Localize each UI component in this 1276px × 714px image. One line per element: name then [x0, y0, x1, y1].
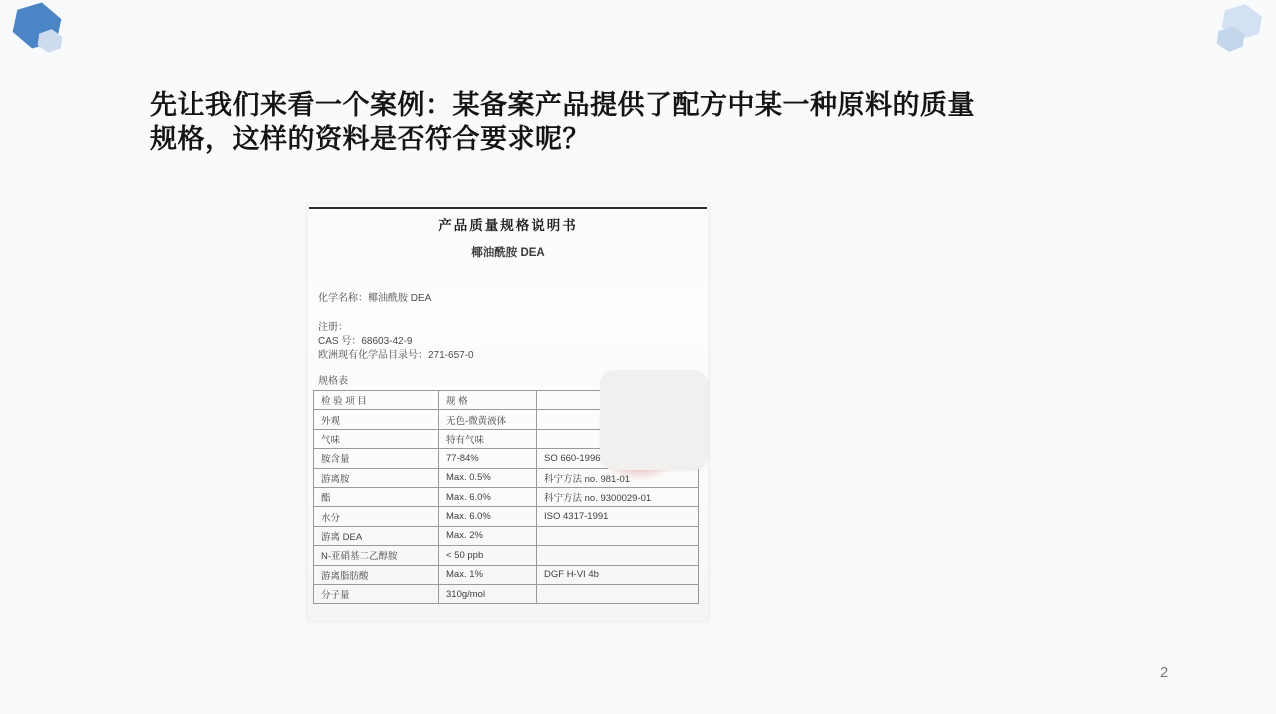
- cell-item: N-亚硝基二乙醇胺: [314, 546, 439, 565]
- document-top-rule: [309, 207, 707, 209]
- cell-item: 胺含量: [314, 449, 439, 468]
- cell-method: 科宁方法 no. 9300029-01: [537, 487, 699, 506]
- table-row: 酯 Max. 6.0% 科宁方法 no. 9300029-01: [314, 487, 699, 506]
- table-row: 水分 Max. 6.0% ISO 4317-1991: [314, 507, 699, 526]
- slide-title: 先让我们来看一个案例：某备案产品提供了配方中某一种原料的质量 规格，这样的资料是…: [150, 88, 1110, 156]
- cell-method: [537, 526, 699, 545]
- page-number: 2: [1160, 664, 1168, 681]
- column-header-test-item: 检 验 项 目: [314, 391, 439, 410]
- white-cover-overlay: [600, 370, 708, 470]
- cell-spec: 310g/mol: [439, 584, 537, 603]
- cell-spec: Max. 6.0%: [439, 487, 537, 506]
- slide-title-line-1: 先让我们来看一个案例：某备案产品提供了配方中某一种原料的质量: [150, 90, 975, 120]
- chemical-name-line: 化学名称：椰油酰胺 DEA: [318, 289, 431, 304]
- registration-label: 注册：: [318, 318, 348, 333]
- product-name: 椰油酰胺 DEA: [308, 244, 708, 260]
- cell-method: [537, 584, 699, 603]
- cell-spec: Max. 2%: [439, 526, 537, 545]
- document-title: 产品质量规格说明书: [308, 214, 708, 234]
- scanned-spec-document: 产品质量规格说明书 椰油酰胺 DEA 化学名称：椰油酰胺 DEA 注册： CAS…: [308, 204, 708, 621]
- cell-item: 酯: [314, 487, 439, 506]
- cell-spec: Max. 6.0%: [439, 507, 537, 526]
- cell-spec: 无色-微黄液体: [439, 410, 537, 429]
- einecs-number-line: 欧洲现有化学品目录号：271-657-0: [318, 346, 474, 361]
- cell-method: ISO 4317-1991: [537, 507, 699, 526]
- cell-method: DGF H-VI 4b: [537, 565, 699, 584]
- cell-spec: Max. 0.5%: [439, 468, 537, 487]
- cell-spec: Max. 1%: [439, 565, 537, 584]
- cell-item: 分子量: [314, 584, 439, 603]
- cell-method: [537, 546, 699, 565]
- table-row: 分子量 310g/mol: [314, 584, 699, 603]
- cell-item: 气味: [314, 429, 439, 448]
- cell-spec: 特有气味: [439, 429, 537, 448]
- slide-title-line-2: 规格，这样的资料是否符合要求呢？: [150, 124, 590, 154]
- cell-item: 水分: [314, 507, 439, 526]
- presentation-slide: 先让我们来看一个案例：某备案产品提供了配方中某一种原料的质量 规格，这样的资料是…: [0, 0, 1276, 714]
- cell-spec: < 50 ppb: [439, 546, 537, 565]
- cell-item: 外观: [314, 410, 439, 429]
- cas-number-line: CAS 号：68603-42-9: [318, 332, 413, 347]
- table-row: N-亚硝基二乙醇胺 < 50 ppb: [314, 546, 699, 565]
- cell-item: 游离 DEA: [314, 526, 439, 545]
- table-row: 游离脂肪酸 Max. 1% DGF H-VI 4b: [314, 565, 699, 584]
- cell-item: 游离脂肪酸: [314, 565, 439, 584]
- cell-item: 游离胺: [314, 468, 439, 487]
- cell-spec: 77-84%: [439, 449, 537, 468]
- table-row: 游离 DEA Max. 2%: [314, 526, 699, 545]
- spec-table-label: 规格表: [318, 372, 348, 387]
- column-header-specification: 规 格: [439, 391, 537, 410]
